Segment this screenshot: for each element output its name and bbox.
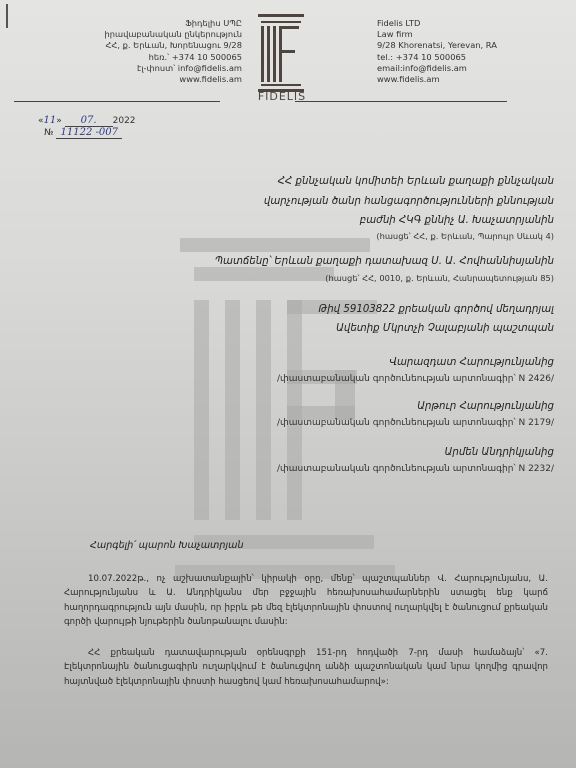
case-block: Թիվ 59103822 քրեական գործով մեղադրյալ Ավ… — [318, 300, 554, 338]
salutation: Հարգելի՛ պարոն Խաչատրյան — [90, 540, 244, 551]
lawyer-license: /փաստաբանական գործունեության արտոնագիր՝ … — [277, 463, 554, 475]
case-line-1: Թիվ 59103822 քրեական գործով մեղադրյալ — [318, 300, 554, 319]
firm-type-am: իրավաբանական ընկերություն — [104, 29, 242, 40]
letterhead-armenian: Ֆիդելիս ՍՊԸ իրավաբանական ընկերություն ՀՀ… — [104, 18, 242, 85]
copy-to-line: Պատճենը՝ Երևան քաղաքի դատախազ Ս. Ա. Հովհ… — [215, 252, 554, 272]
letterhead-english: Fidelis LTD Law firm 9/28 Khorenatsi, Ye… — [377, 18, 497, 85]
firm-type-en: Law firm — [377, 29, 497, 40]
lawyer-name: Արթուր Հարությունյանից — [277, 397, 554, 417]
firm-phone-en: tel.: +374 10 500065 — [377, 52, 497, 63]
firm-name-en: Fidelis LTD — [377, 18, 497, 29]
number-label: № — [44, 128, 53, 138]
addressee-line-1: ՀՀ քննչական կոմիտեի Երևան քաղաքի քննչակա… — [264, 172, 554, 192]
reference-number: 11122 -007 — [56, 127, 122, 139]
number-line: № 11122 -007 — [38, 127, 136, 139]
lawyer-license: /փաստաբանական գործունեության արտոնագիր՝ … — [277, 417, 554, 429]
firm-email-am: էլ-փոստ՝ info@fidelis.am — [104, 63, 242, 74]
date-month: 07. — [65, 115, 113, 127]
watermark-pillar-1 — [194, 300, 209, 520]
body-paragraph-2: ՀՀ քրեական դատավարության օրենսգրքի 151-ր… — [64, 646, 548, 689]
watermark-pillar-3 — [256, 300, 271, 520]
lawyer-2: Արթուր Հարությունյանից /փաստաբանական գոր… — [277, 397, 554, 429]
firm-web-en: www.fidelis.am — [377, 74, 497, 85]
firm-name-am: Ֆիդելիս ՍՊԸ — [104, 18, 242, 29]
lawyer-1: Վարազդատ Հարությունյանից /փաստաբանական գ… — [277, 353, 554, 385]
firm-phone-am: հեռ.՝ +374 10 500065 — [104, 52, 242, 63]
body-paragraph-1: 10.07.2022թ., ոչ աշխատանքային՝ կիրակի օր… — [64, 572, 548, 630]
firm-address-am: ՀՀ, ք. Երևան, Խորենացու 9/28 — [104, 40, 242, 51]
header-divider-right — [295, 101, 507, 102]
firm-address-en: 9/28 Khorenatsi, Yerevan, RA — [377, 40, 497, 51]
addressee-line-2: վարչության ծանր հանցագործությունների քնն… — [264, 192, 554, 212]
firm-email-en: email:info@fidelis.am — [377, 63, 497, 74]
copy-to-address: (հասցե՝ ՀՀ, 0010, ք. Երևան, Հանրապետությ… — [215, 272, 554, 284]
addressee-block: ՀՀ քննչական կոմիտեի Երևան քաղաքի քննչակա… — [264, 172, 554, 242]
case-line-2: Ավետիք Մկրտչի Չալաբյանի պաշտպան — [318, 319, 554, 338]
date-year: 2022 — [113, 116, 136, 126]
header-divider-left — [14, 101, 220, 102]
margin-pen-mark — [6, 4, 8, 28]
lawyer-name: Վարազդատ Հարությունյանից — [277, 353, 554, 373]
lawyer-3: Արմեն Անդրիկյանից /փաստաբանական գործունե… — [277, 443, 554, 475]
watermark-pillar-2 — [225, 300, 240, 520]
addressee-address: (հասցե՝ ՀՀ, ք. Երևան, Պարույր Սևակ 4) — [264, 230, 554, 242]
reference-block: «11» 07.2022 № 11122 -007 — [38, 115, 136, 139]
date-day: 11 — [44, 115, 57, 126]
lawyer-license: /փաստաբանական գործունեության արտոնագիր՝ … — [277, 373, 554, 385]
date-line: «11» 07.2022 — [38, 115, 136, 127]
copy-to-block: Պատճենը՝ Երևան քաղաքի դատախազ Ս. Ա. Հովհ… — [215, 252, 554, 284]
firm-web-am: www.fidelis.am — [104, 74, 242, 85]
lawyer-name: Արմեն Անդրիկյանից — [277, 443, 554, 463]
addressee-line-3: բաժնի ՀԿԳ քննիչ Ա. Խաչատրյանին — [264, 212, 554, 230]
